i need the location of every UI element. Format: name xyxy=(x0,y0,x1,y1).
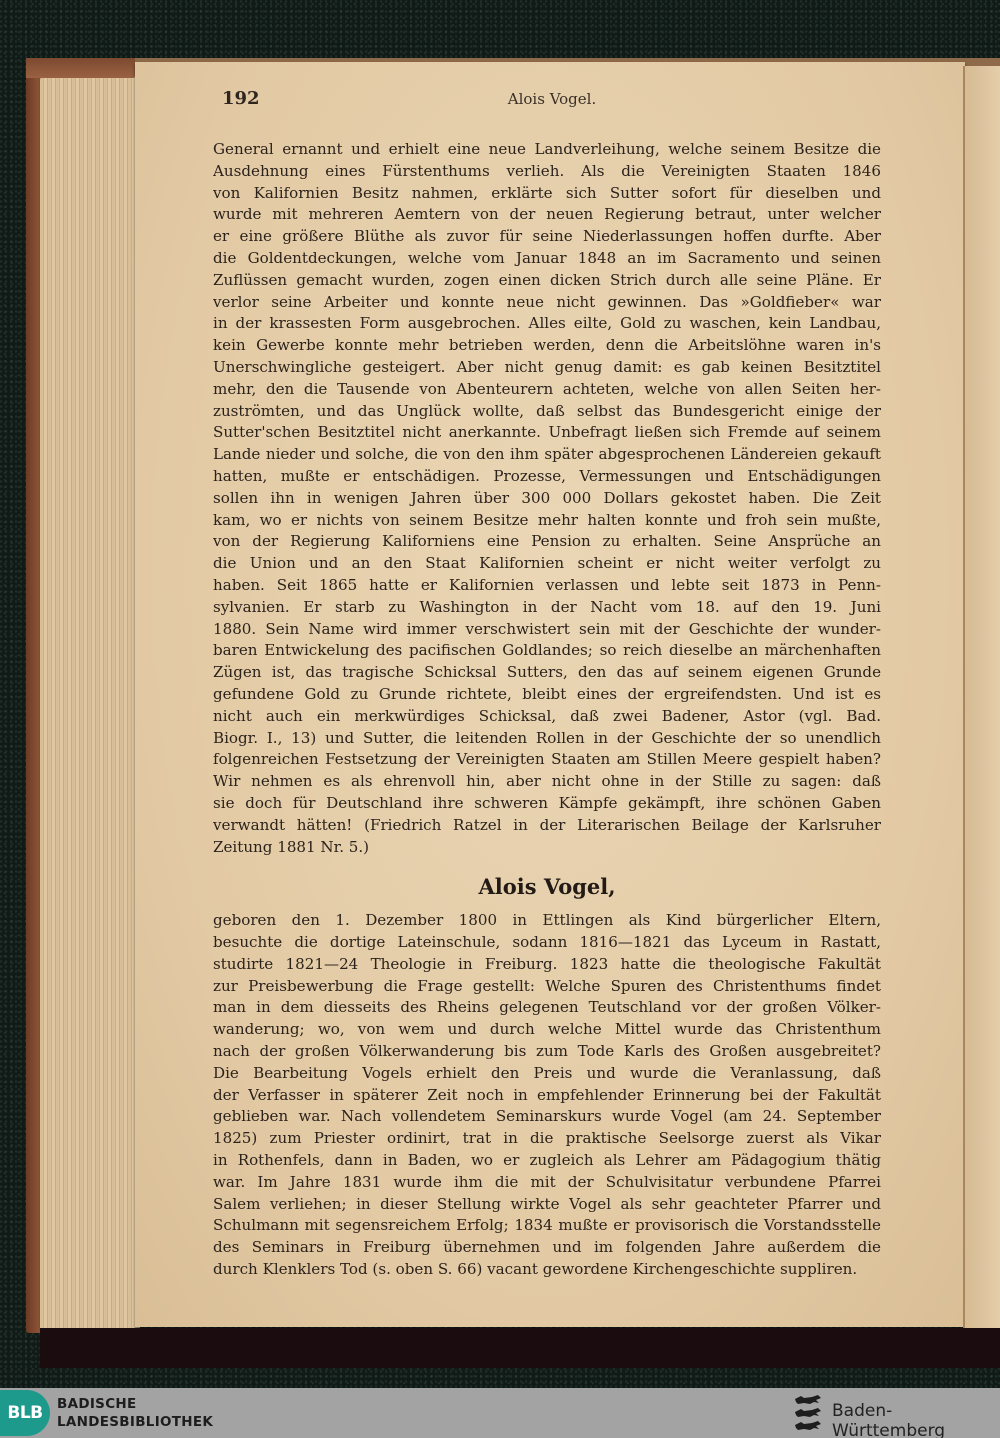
paragraph-vogel-biography: geboren den 1. Dezember 1800 in Ettlinge… xyxy=(213,910,881,1281)
text-line: Zuflüssen gemacht wurden, zogen einen di… xyxy=(213,270,881,292)
text-line: von Kalifornien Besitz nahmen, erklärte … xyxy=(213,183,881,205)
running-head: 192 Alois Vogel. xyxy=(222,88,882,112)
footer-bar: BLB BADISCHE LANDESBIBLIOTHEK Baden-Würt… xyxy=(0,1388,1000,1438)
text-line: baren Entwickelung des pacifischen Goldl… xyxy=(213,640,881,662)
text-line: 1880. Sein Name wird immer verschwistert… xyxy=(213,619,881,641)
library-name[interactable]: BADISCHE LANDESBIBLIOTHEK xyxy=(57,1395,213,1431)
text-line: nach der großen Völkerwanderung bis zum … xyxy=(213,1041,881,1063)
text-line: verwandt hätten! (Friedrich Ratzel in de… xyxy=(213,815,881,837)
text-line: studirte 1821—24 Theologie in Freiburg. … xyxy=(213,954,881,976)
text-line: der Verfasser in späterer Zeit noch in e… xyxy=(213,1085,881,1107)
text-line: General ernannt und erhielt eine neue La… xyxy=(213,139,881,161)
text-line: die Union und an den Staat Kalifornien s… xyxy=(213,553,881,575)
text-line: Schulmann mit segensreichem Erfolg; 1834… xyxy=(213,1215,881,1237)
text-line: geblieben war. Nach vollendetem Seminars… xyxy=(213,1106,881,1128)
book-scan: 192 Alois Vogel. General ernannt und erh… xyxy=(0,0,1000,1385)
text-line: zur Preisbewerbung die Frage gestellt: W… xyxy=(213,976,881,998)
facing-page-edge xyxy=(965,66,1000,1328)
paragraph-sutter-biography: General ernannt und erhielt eine neue La… xyxy=(213,139,881,858)
text-line: Zeitung 1881 Nr. 5.) xyxy=(213,837,881,859)
text-line: er eine größere Blüthe als zuvor für sei… xyxy=(213,226,881,248)
text-line: Die Bearbeitung Vogels erhielt den Preis… xyxy=(213,1063,881,1085)
text-line: Sutter'schen Besitztitel nicht anerkannt… xyxy=(213,422,881,444)
text-line: Zügen ist, das tragische Schicksal Sutte… xyxy=(213,662,881,684)
page-text: General ernannt und erhielt eine neue La… xyxy=(213,139,881,1281)
page-bottom-shadow xyxy=(40,1328,1000,1368)
text-line: Lande nieder und solche, die von den ihm… xyxy=(213,444,881,466)
section-title: Alois Vogel, xyxy=(213,864,881,910)
text-line: folgenreichen Festsetzung der Vereinigte… xyxy=(213,749,881,771)
text-line: nicht auch ein merkwürdiges Schicksal, d… xyxy=(213,706,881,728)
text-line: sie doch für Deutschland ihre schweren K… xyxy=(213,793,881,815)
text-line: von der Regierung Kaliforniens eine Pens… xyxy=(213,531,881,553)
text-line: zuströmten, und das Unglück wollte, daß … xyxy=(213,401,881,423)
blb-logo[interactable]: BLB xyxy=(0,1390,50,1436)
page-stack xyxy=(40,76,140,1346)
text-line: durch Klenklers Tod (s. oben S. 66) vaca… xyxy=(213,1259,881,1281)
text-line: geboren den 1. Dezember 1800 in Ettlinge… xyxy=(213,910,881,932)
book-cover-corner xyxy=(26,58,146,78)
text-line: man in dem diesseits des Rheins gelegene… xyxy=(213,997,881,1019)
text-line: kein Gewerbe konnte mehr betrieben werde… xyxy=(213,335,881,357)
text-line: haben. Seit 1865 hatte er Kalifornien ve… xyxy=(213,575,881,597)
text-line: Unerschwingliche gesteigert. Aber nicht … xyxy=(213,357,881,379)
text-line: die Goldentdeckungen, welche vom Januar … xyxy=(213,248,881,270)
three-lions-coat-of-arms-icon[interactable] xyxy=(792,1392,824,1434)
state-name[interactable]: Baden-Württemberg xyxy=(832,1401,1000,1438)
text-line: in der krassesten Form ausgebrochen. All… xyxy=(213,313,881,335)
text-line: gefundene Gold zu Grunde richtete, bleib… xyxy=(213,684,881,706)
text-line: Ausdehnung eines Fürstenthums verlieh. A… xyxy=(213,161,881,183)
text-line: sollen ihn in wenigen Jahren über 300 00… xyxy=(213,488,881,510)
text-line: hatten, mußte er entschädigen. Prozesse,… xyxy=(213,466,881,488)
text-line: war. Im Jahre 1831 wurde ihm die mit der… xyxy=(213,1172,881,1194)
text-line: wurde mit mehreren Aemtern von der neuen… xyxy=(213,204,881,226)
text-line: sylvanien. Er starb zu Washington in der… xyxy=(213,597,881,619)
text-line: kam, wo er nichts von seinem Besitze meh… xyxy=(213,510,881,532)
text-line: Wir nehmen es als ehrenvoll hin, aber ni… xyxy=(213,771,881,793)
text-line: des Seminars in Freiburg übernehmen und … xyxy=(213,1237,881,1259)
library-name-line2: LANDESBIBLIOTHEK xyxy=(57,1413,213,1431)
library-name-line1: BADISCHE xyxy=(57,1395,213,1413)
text-line: 1825) zum Priester ordinirt, trat in die… xyxy=(213,1128,881,1150)
text-line: Salem verliehen; in dieser Stellung wirk… xyxy=(213,1194,881,1216)
text-line: in Rothenfels, dann in Baden, wo er zugl… xyxy=(213,1150,881,1172)
text-line: Biogr. I., 13) und Sutter, die leitenden… xyxy=(213,728,881,750)
text-line: wanderung; wo, von wem und durch welche … xyxy=(213,1019,881,1041)
text-line: mehr, den die Tausende von Abenteurern a… xyxy=(213,379,881,401)
running-title: Alois Vogel. xyxy=(222,90,882,108)
text-line: verlor seine Arbeiter und konnte neue ni… xyxy=(213,292,881,314)
text-line: besuchte die dortige Lateinschule, sodan… xyxy=(213,932,881,954)
